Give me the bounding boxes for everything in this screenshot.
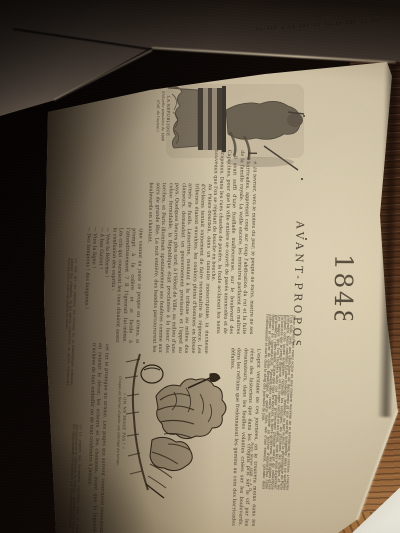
year-heading: 1848 [328,254,359,320]
statue-caption-line-1: LA RÉPUBLIQUE [165,84,172,148]
foxing-speck [301,178,303,180]
statue-caption: LA RÉPUBLIQUE Statuette populaire de 184… [146,84,171,148]
foxing-speck [305,238,307,240]
foxing-speck [143,362,145,364]
page-left-edge-highlight [44,150,51,530]
body-paragraph-2: Au Palais-Bourbon, dans un tumulte indes… [140,182,212,353]
barricade-sketch-illustration [122,344,234,502]
foxing-speck [303,115,305,117]
barricade-caption: « ON NE PASSE PAS ! » Croquis de février… [103,342,129,501]
book-photo-canvas: ıı ııl ı ıl ııı ıı lı ıı ıll ıı ıı lıı ı… [0,0,400,533]
foxing-speck [219,96,221,98]
body-paragraph-3: Que voulait au juste ce peuple en armes,… [81,227,143,344]
statue-engraving-illustration [164,76,308,180]
facing-page-edge-text: ıı ııl ı ıl ııı ıı lı ıı ıll ıı ıı lıı ı… [256,17,378,33]
footnote-2: (2) La plupart des documents reproduits … [48,424,82,533]
footnote-1: (1) Voir, sur ces journées, les recueils… [47,258,77,387]
statue-caption-line-2: Statuette populaire de 1848 [159,84,166,148]
